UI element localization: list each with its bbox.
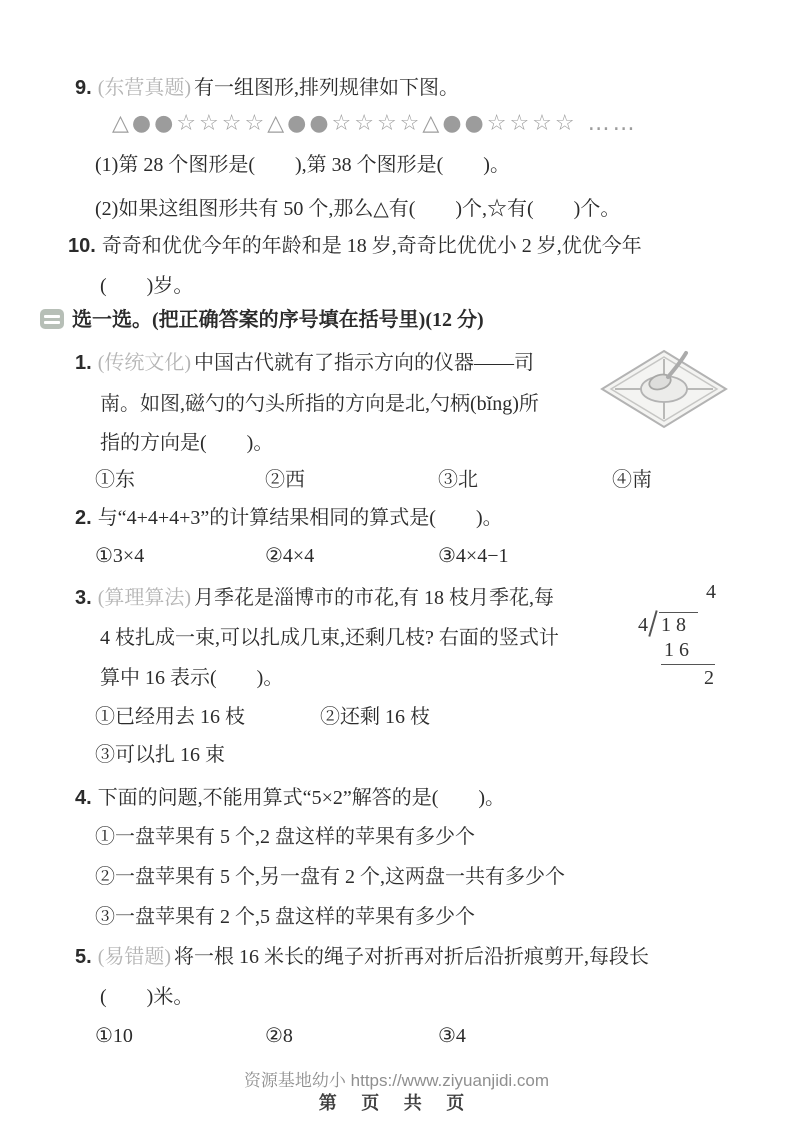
question-10-line2: ( )岁。 xyxy=(100,272,193,300)
question-9-text: 有一组图形,排列规律如下图。 xyxy=(194,77,459,99)
question-10-number: 10. xyxy=(68,235,96,257)
choice-q5-options: ①10 ②8 ③4 xyxy=(95,1022,466,1050)
choice-q3-line2: 4 枝扎成一束,可以扎成几束,还剩几枝? 右面的竖式计 xyxy=(100,624,559,652)
option-item: ②西 xyxy=(265,466,438,494)
question-9-tag: (东营真题) xyxy=(98,77,191,99)
choice-q5-text: 将一根 16 米长的绳子对折再对折后沿折痕剪开,每段长 xyxy=(174,946,649,968)
choice-q4-text: 下面的问题,不能用算式“5×2”解答的是( )。 xyxy=(98,787,505,809)
choice-q4-number: 4. xyxy=(75,787,92,809)
long-division-figure: 4 4 1 8 1 6 2 xyxy=(630,581,730,690)
shape-pattern-row: △●●☆☆☆☆△●●☆☆☆☆△●●☆☆☆☆ …… xyxy=(112,110,638,138)
choice-q2-options: ①3×4 ②4×4 ③4×4−1 xyxy=(95,542,509,570)
choice-q1-line2: 南。如图,磁勺的勺头所指的方向是北,勺柄(bǐng)所 xyxy=(100,390,539,418)
division-subtrahend: 1 6 xyxy=(661,637,715,665)
question-9-sub2: (2)如果这组图形共有 50 个,那么△有( )个,☆有( )个。 xyxy=(95,195,620,223)
choice-q1-number: 1. xyxy=(75,352,92,374)
question-10-text: 奇奇和优优今年的年龄和是 18 岁,奇奇比优优小 2 岁,优优今年 xyxy=(102,235,642,257)
question-10-line1: 10.奇奇和优优今年的年龄和是 18 岁,奇奇比优优小 2 岁,优优今年 xyxy=(68,232,642,260)
division-divisor: 4 xyxy=(630,614,648,637)
option-item: ②还剩 16 枝 xyxy=(320,703,430,731)
choice-q1-text: 中国古代就有了指示方向的仪器——司 xyxy=(194,352,534,374)
choice-q1-tag: (传统文化) xyxy=(98,352,191,374)
option-item: ③4 xyxy=(438,1022,466,1050)
option-item: ③4×4−1 xyxy=(438,542,509,570)
option-item: ④南 xyxy=(612,466,652,494)
choice-q1-line3: 指的方向是( )。 xyxy=(100,429,273,457)
option-item: ①10 xyxy=(95,1022,265,1050)
choice-q3-number: 3. xyxy=(75,587,92,609)
choice-q5-line1: 5.(易错题)将一根 16 米长的绳子对折再对折后沿折痕剪开,每段长 xyxy=(75,943,649,971)
division-bracket xyxy=(648,610,657,637)
page-indicator: 第 页 共 页 xyxy=(0,1089,793,1115)
option-item: ①东 xyxy=(95,466,265,494)
footer-site-watermark: 资源基地幼小 https://www.ziyuanjidi.com xyxy=(0,1066,793,1091)
choice-q1-line1: 1.(传统文化)中国古代就有了指示方向的仪器——司 xyxy=(75,349,534,377)
choice-q2-number: 2. xyxy=(75,507,92,529)
choice-q3-tag: (算理算法) xyxy=(98,587,191,609)
choice-q5-tag: (易错题) xyxy=(98,946,171,968)
option-item: ③北 xyxy=(438,466,612,494)
choice-q3-options-row2: ③可以扎 16 束 xyxy=(95,741,225,769)
choice-q3-text: 月季花是淄博市的市花,有 18 枝月季花,每 xyxy=(194,587,554,609)
choice-q5-line2: ( )米。 xyxy=(100,983,193,1011)
list-icon xyxy=(40,309,64,329)
choice-section-header: 选一选。(把正确答案的序号填在括号里)(12 分) xyxy=(40,306,484,334)
choice-q3-options-row1: ①已经用去 16 枝 ②还剩 16 枝 xyxy=(95,703,430,731)
option-item: ①一盘苹果有 5 个,2 盘这样的苹果有多少个 xyxy=(95,823,475,851)
choice-q5-number: 5. xyxy=(75,946,92,968)
option-item: ②一盘苹果有 5 个,另一盘有 2 个,这两盘一共有多少个 xyxy=(95,863,565,891)
choice-q1-options: ①东 ②西 ③北 ④南 xyxy=(95,466,652,494)
sinan-compass-illustration xyxy=(598,345,730,433)
option-item: ②8 xyxy=(265,1022,438,1050)
division-remainder: 2 xyxy=(630,665,730,690)
choice-q3-line1: 3.(算理算法)月季花是淄博市的市花,有 18 枝月季花,每 xyxy=(75,584,554,612)
choice-q2-text: 与“4+4+4+3”的计算结果相同的算式是( )。 xyxy=(98,507,503,529)
option-item: ③一盘苹果有 2 个,5 盘这样的苹果有多少个 xyxy=(95,903,475,931)
choice-section-title: 选一选。 xyxy=(72,309,152,331)
option-item: ①3×4 xyxy=(95,542,265,570)
division-quotient: 4 xyxy=(630,581,730,607)
choice-q4-line1: 4.下面的问题,不能用算式“5×2”解答的是( )。 xyxy=(75,784,505,812)
option-item: ②4×4 xyxy=(265,542,438,570)
choice-q2-line1: 2.与“4+4+4+3”的计算结果相同的算式是( )。 xyxy=(75,504,503,532)
choice-section-subtitle: (把正确答案的序号填在括号里)(12 分) xyxy=(152,309,484,331)
choice-q3-line3: 算中 16 表示( )。 xyxy=(100,664,283,692)
division-dividend: 1 8 xyxy=(659,612,698,637)
option-item: ①已经用去 16 枝 xyxy=(95,703,320,731)
question-9-sub1: (1)第 28 个图形是( ),第 38 个图形是( )。 xyxy=(95,151,510,179)
question-9-number: 9. xyxy=(75,77,92,99)
question-9-line1: 9.(东营真题)有一组图形,排列规律如下图。 xyxy=(75,74,459,102)
